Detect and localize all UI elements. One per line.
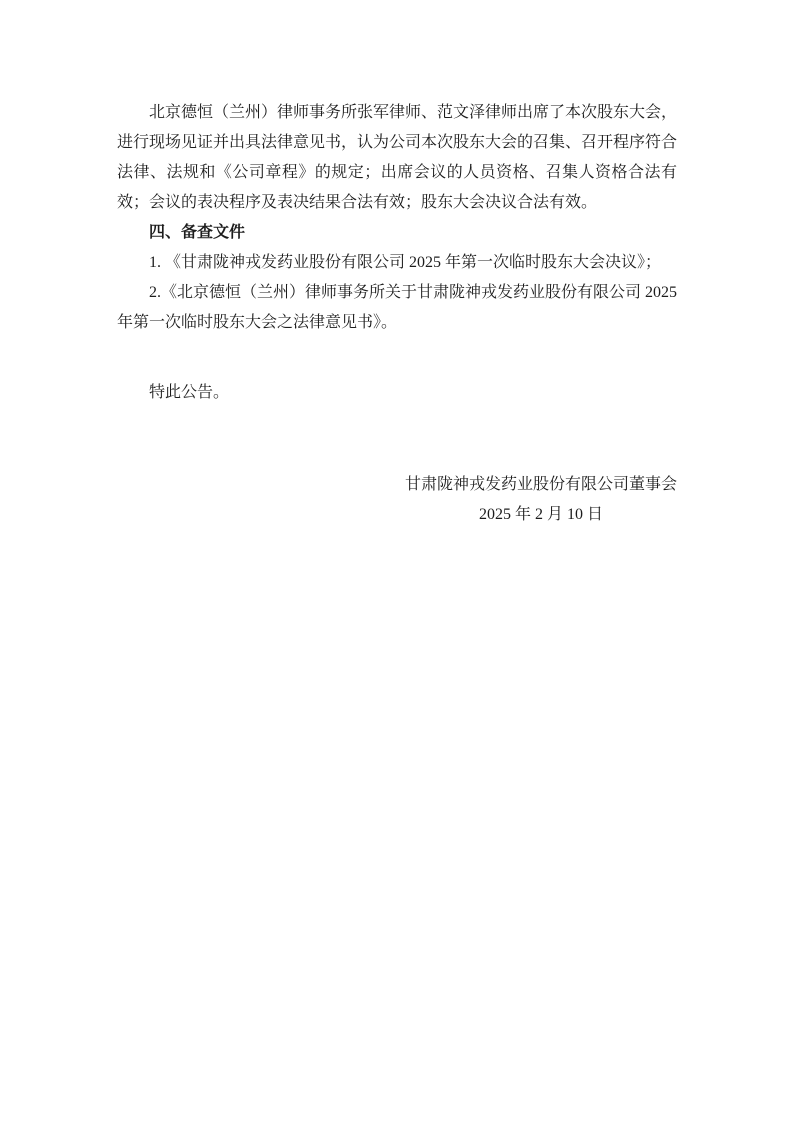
signature-block: 甘肃陇神戎发药业股份有限公司董事会 2025 年 2 月 10 日 (405, 470, 677, 530)
signature-company-name: 甘肃陇神戎发药业股份有限公司董事会 (405, 470, 677, 500)
closing-statement: 特此公告。 (117, 378, 677, 408)
signature-area: 甘肃陇神戎发药业股份有限公司董事会 2025 年 2 月 10 日 (117, 470, 677, 530)
reference-document-item-1: 1. 《甘肃陇神戎发药业股份有限公司 2025 年第一次临时股东大会决议》； (117, 248, 677, 278)
legal-opinion-paragraph: 北京德恒（兰州）律师事务所张军律师、范文泽律师出席了本次股东大会，进行现场见证并… (117, 98, 677, 218)
section-heading-reference-documents: 四、备查文件 (117, 218, 677, 248)
announcement-page: 北京德恒（兰州）律师事务所张军律师、范文泽律师出席了本次股东大会，进行现场见证并… (0, 0, 794, 1122)
signature-date: 2025 年 2 月 10 日 (405, 500, 677, 530)
reference-document-item-2: 2.《北京德恒（兰州）律师事务所关于甘肃陇神戎发药业股份有限公司 2025 年第… (117, 278, 677, 338)
